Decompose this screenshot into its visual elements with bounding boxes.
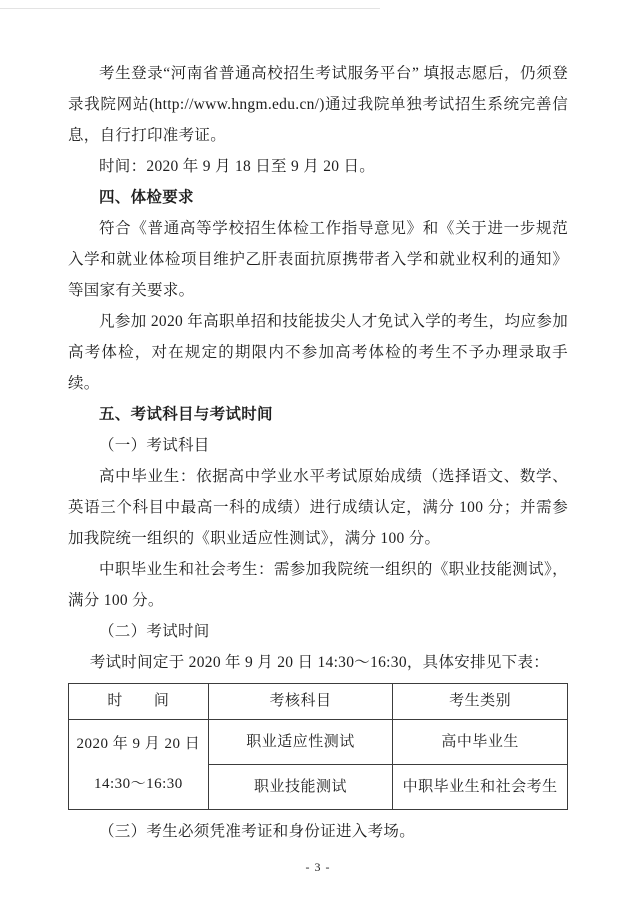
para-admission-rule: （三）考生必须凭准考证和身份证进入考场。 bbox=[68, 816, 568, 847]
table-cell-subject: 职业技能测试 bbox=[208, 765, 393, 810]
exam-date: 2020 年 9 月 20 日 bbox=[69, 729, 208, 760]
table-header-row: 时 间 考核科目 考生类别 bbox=[69, 684, 568, 720]
para-schedule-intro: 考试时间定于 2020 年 9 月 20 日 14:30～16:30，具体安排见… bbox=[68, 647, 568, 678]
table-cell-category: 中职毕业生和社会考生 bbox=[393, 765, 568, 810]
table-cell-subject: 职业适应性测试 bbox=[208, 720, 393, 765]
table-cell-category: 高中毕业生 bbox=[393, 720, 568, 765]
document-page: 考生登录“河南省普通高校招生考试服务平台” 填报志愿后，仍须登录我院网站(htt… bbox=[0, 0, 635, 898]
table-header-category: 考生类别 bbox=[393, 684, 568, 720]
para-print-admission-ticket-time: 时间：2020 年 9 月 18 日至 9 月 20 日。 bbox=[68, 151, 568, 182]
table-row: 2020 年 9 月 20 日 14:30～16:30 职业适应性测试 高中毕业… bbox=[69, 720, 568, 765]
subsection-exam-subjects: （一）考试科目 bbox=[68, 430, 568, 461]
para-login-instructions: 考生登录“河南省普通高校招生考试服务平台” 填报志愿后，仍须登录我院网站(htt… bbox=[68, 58, 568, 151]
para-vocational-graduates: 中职毕业生和社会考生：需参加我院统一组织的《职业技能测试》，满分 100 分。 bbox=[68, 554, 568, 616]
page-number: - 3 - bbox=[68, 852, 568, 883]
para-physical-exam-requirements: 符合《普通高等学校招生体检工作指导意见》和《关于进一步规范入学和就业体检项目维护… bbox=[68, 213, 568, 306]
para-physical-exam-obligation: 凡参加 2020 年高职单招和技能拔尖人才免试入学的考生，均应参加高考体检，对在… bbox=[68, 306, 568, 399]
table-header-time: 时 间 bbox=[69, 684, 209, 720]
exam-schedule-table: 时 间 考核科目 考生类别 2020 年 9 月 20 日 14:30～16:3… bbox=[68, 683, 568, 810]
table-cell-exam-time: 2020 年 9 月 20 日 14:30～16:30 bbox=[69, 720, 209, 810]
section-heading-exam-subjects-time: 五、考试科目与考试时间 bbox=[68, 399, 568, 430]
section-heading-physical-exam: 四、体检要求 bbox=[68, 182, 568, 213]
exam-time-range: 14:30～16:30 bbox=[69, 769, 208, 800]
table-header-subject: 考核科目 bbox=[208, 684, 393, 720]
scan-artifact-line bbox=[0, 8, 380, 9]
para-high-school-graduates: 高中毕业生：依据高中学业水平考试原始成绩（选择语文、数学、英语三个科目中最高一科… bbox=[68, 461, 568, 554]
subsection-exam-time: （二）考试时间 bbox=[68, 616, 568, 647]
